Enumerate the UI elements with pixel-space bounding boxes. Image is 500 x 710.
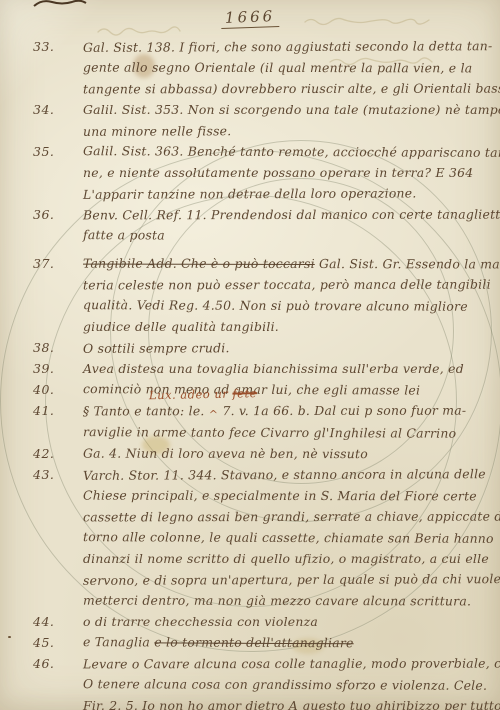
entry-line: Benv. Cell. Ref. 11. Prendendosi dal man…: [83, 204, 500, 226]
year-heading-text: 1666: [221, 7, 280, 29]
entry-36: 36.Benv. Cell. Ref. 11. Prendendosi dal …: [0, 204, 500, 246]
entry-34: 34.Galil. Sist. 353. Non si scorgendo un…: [0, 99, 500, 141]
entry-text: Avea distesa una tovaglia bianchissima s…: [83, 358, 500, 379]
entry-line: qualità. Vedi Reg. 4.50. Non si può trov…: [83, 294, 500, 317]
entry-46: 46.Levare o Cavare alcuna cosa colle tan…: [0, 653, 500, 710]
handwritten-text: torno alle colonne, le quali cassette, c…: [83, 529, 494, 546]
handwritten-text: e Tanaglia: [83, 634, 154, 649]
entry-line: O tenere alcuna cosa con grandissimo sfo…: [83, 673, 500, 696]
entry-number: 34.: [0, 99, 83, 120]
entry-line: torno alle colonne, le quali cassette, c…: [83, 526, 500, 549]
entry-line: Levare o Cavare alcuna cosa colle tanagl…: [83, 653, 500, 675]
entry-text: Varch. Stor. 11. 344. Stavano, e stanno …: [83, 464, 500, 611]
entry-line: e Tanaglia e lo tormento dell'attanaglia…: [83, 631, 500, 654]
insertion-struck-text: fete: [232, 386, 257, 400]
entry-number: 36.: [0, 204, 83, 225]
handwritten-text: teria celeste non può esser toccata, per…: [83, 277, 491, 293]
entry-text: Ga. 4. Niun di loro aveva nè ben, nè vis…: [83, 443, 500, 464]
handwritten-text: O tenere alcuna cosa con grandissimo sfo…: [83, 676, 487, 693]
manuscript-page: 1666 33.Gal. Sist. 138. I fiori, che son…: [0, 0, 500, 710]
entry-line: Gal. Sist. 138. I fiori, che sono aggius…: [83, 35, 500, 58]
handwritten-text: servono, e di sopra un'apertura, per la …: [83, 571, 500, 588]
entry-text: Gal. Sist. 138. I fiori, che sono aggius…: [83, 36, 500, 99]
handwritten-text: Chiese principali, e specialmente in S. …: [83, 488, 477, 504]
entry-text: Galil. Sist. 363. Benché tanto remote, a…: [83, 141, 500, 204]
entry-line: giudice delle qualità tangibili.: [83, 316, 500, 337]
entry-line: Lux. adeo ur fete§ Tanto e tanto: le. ^ …: [83, 400, 500, 423]
handwritten-text: Levare o Cavare alcuna cosa colle tanagl…: [83, 656, 500, 672]
handwritten-text: tangente si abbassa) dovrebbero riuscir …: [83, 81, 500, 97]
handwritten-text: Gal. Sist. 138. I fiori, che sono aggius…: [83, 38, 492, 55]
handwritten-text: Ga. 4. Niun di loro aveva nè ben, nè vis…: [83, 446, 368, 462]
entry-line: servono, e di sopra un'apertura, per la …: [83, 568, 500, 591]
struck-text: e lo tormento dell'attanagliare: [154, 634, 353, 650]
red-interlinear-insertion: Lux. adeo ur fete: [149, 387, 257, 401]
entry-line: teria celeste non può esser toccata, per…: [83, 274, 500, 296]
struck-text: Tangibile Add. Che è o può toccarsi: [83, 256, 315, 271]
entry-number: 42.: [0, 443, 83, 464]
entry-line: fatte a posta: [83, 224, 500, 247]
entry-line: cassette di legno assai ben grandi, serr…: [83, 506, 500, 528]
handwritten-text: Benv. Cell. Ref. 11. Prendendosi dal man…: [83, 207, 500, 223]
entry-number: 46.: [0, 653, 83, 674]
entry-line: gente allo segno Orientale (il qual ment…: [83, 57, 500, 79]
entry-line: Fir. 2. 5. Io non ho amor dietro A quest…: [83, 695, 500, 710]
entries: 33.Gal. Sist. 138. I fiori, che sono agg…: [0, 36, 500, 710]
entry-44: 44.o di trarre checchessia con violenza: [0, 611, 500, 632]
handwritten-text: giudice delle qualità tangibili.: [83, 319, 279, 334]
insertion-text: Lux. adeo ur: [149, 387, 233, 403]
handwritten-text: L'apparir tanzine non detrae della loro …: [83, 185, 417, 201]
entry-line: cominciò non meno ad amar lui, che egli …: [83, 378, 500, 401]
entry-number: 35.: [0, 141, 83, 162]
entry-line: L'apparir tanzine non detrae della loro …: [83, 182, 500, 205]
entry-text: Levare o Cavare alcuna cosa colle tanagl…: [83, 653, 500, 710]
entry-number: 45.: [0, 632, 83, 653]
handwritten-text: O sottili sempre crudi.: [83, 340, 230, 356]
handwritten-text: Fir. 2. 5. Io non ho amor dietro A quest…: [83, 698, 500, 710]
entry-line: Chiese principali, e specialmente in S. …: [83, 485, 500, 507]
entry-number: 39.: [0, 358, 83, 379]
entry-number: 41.: [0, 400, 83, 421]
entry-text: cominciò non meno ad amar lui, che egli …: [83, 379, 500, 400]
entry-number: 40.: [0, 379, 83, 400]
handwritten-text: Gal. Sist. Gr. Essendo la ma-: [315, 256, 500, 271]
entry-number: 43.: [0, 464, 83, 485]
year-heading: 1666: [0, 8, 500, 28]
entry-35: 35.Galil. Sist. 363. Benché tanto remote…: [0, 141, 500, 204]
entry-42: 42.Ga. 4. Niun di loro aveva nè ben, nè …: [0, 443, 500, 464]
entry-line: tangente si abbassa) dovrebbero riuscir …: [83, 78, 500, 100]
handwritten-text: una minore nelle fisse.: [83, 123, 231, 139]
entry-line: O sottili sempre crudi.: [83, 336, 500, 359]
entry-line: Varch. Stor. 11. 344. Stavano, e stanno …: [83, 463, 500, 486]
entry-line: Ga. 4. Niun di loro aveva nè ben, nè vis…: [83, 443, 500, 465]
entry-text: Tangibile Add. Che è o può toccarsi Gal.…: [83, 253, 500, 337]
entry-line: Avea distesa una tovaglia bianchissima s…: [83, 358, 500, 379]
entry-39: 39.Avea distesa una tovaglia bianchissim…: [0, 358, 500, 379]
entry-text: Lux. adeo ur fete§ Tanto e tanto: le. ^ …: [83, 400, 500, 443]
entry-33: 33.Gal. Sist. 138. I fiori, che sono agg…: [0, 36, 500, 99]
entry-line: ne, e niente assolutamente possano opera…: [83, 162, 500, 183]
handwritten-text: § Tanto e tanto: le.: [83, 403, 209, 418]
entry-41: 41.Lux. adeo ur fete§ Tanto e tanto: le.…: [0, 400, 500, 443]
handwritten-text: raviglie in arme tanto fece Civarro gl'I…: [83, 424, 456, 441]
entry-text: o di trarre checchessia con violenza: [83, 611, 500, 632]
red-caret-mark: ^: [209, 408, 218, 421]
handwritten-text: metterci dentro, ma non già mezzo cavare…: [83, 593, 471, 609]
entry-number: 37.: [0, 253, 83, 274]
handwritten-text: gente allo segno Orientale (il qual ment…: [83, 60, 472, 76]
entry-number: 44.: [0, 611, 83, 632]
handwritten-text: cassette di legno assai ben grandi, serr…: [83, 509, 500, 525]
handwritten-text: qualità. Vedi Reg. 4.50. Non si può trov…: [83, 297, 468, 314]
handwritten-text: dinanzi il nome scritto di quello ufizio…: [83, 551, 489, 566]
entry-line: Galil. Sist. 353. Non si scorgendo una t…: [83, 99, 500, 120]
entry-45: 45.e Tanaglia e lo tormento dell'attanag…: [0, 632, 500, 653]
entry-number: 33.: [0, 36, 83, 57]
handwritten-text: Varch. Stor. 11. 344. Stavano, e stanno …: [83, 466, 486, 483]
entry-text: Benv. Cell. Ref. 11. Prendendosi dal man…: [83, 204, 500, 246]
entry-text: e Tanaglia e lo tormento dell'attanaglia…: [83, 632, 500, 653]
entry-line: dinanzi il nome scritto di quello ufizio…: [83, 548, 500, 569]
handwritten-text: Avea distesa una tovaglia bianchissima s…: [83, 361, 464, 376]
handwritten-text: Galil. Sist. 353. Non si scorgendo una t…: [83, 102, 500, 117]
entry-line: Galil. Sist. 363. Benché tanto remote, a…: [83, 140, 500, 163]
entry-line: Tangibile Add. Che è o può toccarsi Gal.…: [83, 253, 500, 275]
entry-number: 38.: [0, 337, 83, 358]
handwritten-text: ne, e niente assolutamente possano opera…: [83, 165, 473, 180]
entry-38: 38.O sottili sempre crudi.: [0, 337, 500, 358]
entry-43: 43.Varch. Stor. 11. 344. Stavano, e stan…: [0, 464, 500, 611]
handwritten-text: fatte a posta: [83, 227, 165, 242]
entry-line: metterci dentro, ma non già mezzo cavare…: [83, 590, 500, 612]
entry-line: una minore nelle fisse.: [83, 119, 500, 142]
handwritten-text: 7. v. 1a 66. b. Dal cui p sono fuor ma-: [218, 403, 466, 419]
entry-text: Galil. Sist. 353. Non si scorgendo una t…: [83, 99, 500, 141]
entry-line: raviglie in arme tanto fece Civarro gl'I…: [83, 421, 500, 444]
handwritten-text: o di trarre checchessia con violenza: [83, 614, 318, 629]
entry-37: 37.Tangibile Add. Che è o può toccarsi G…: [0, 253, 500, 337]
entry-line: o di trarre checchessia con violenza: [83, 611, 500, 632]
entry-text: O sottili sempre crudi.: [83, 337, 500, 358]
handwritten-text: Galil. Sist. 363. Benché tanto remote, a…: [83, 143, 500, 160]
